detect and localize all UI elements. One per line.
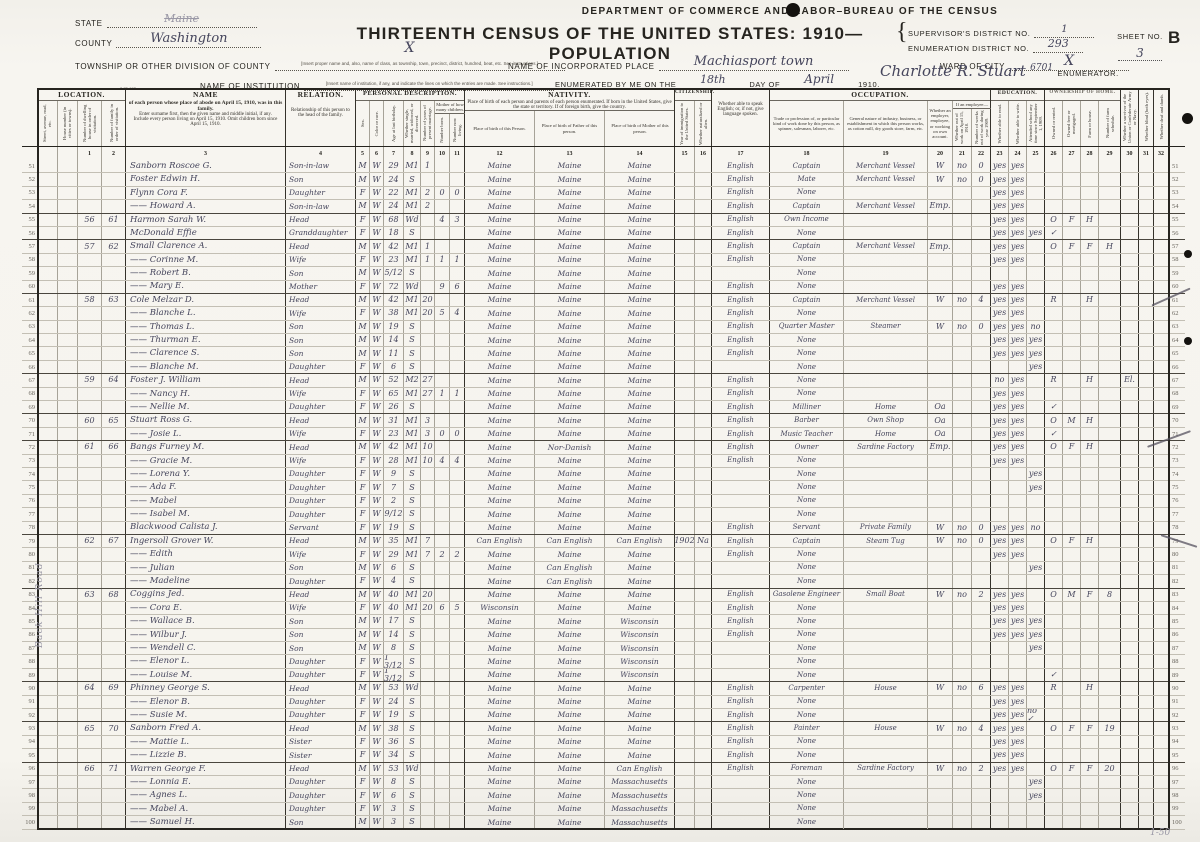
cell-house xyxy=(58,214,78,226)
cell-color: W xyxy=(370,214,384,226)
cell-mortgage xyxy=(1063,655,1081,667)
cell-school xyxy=(1027,160,1045,172)
cell-children-living xyxy=(450,615,465,627)
cell-deaf xyxy=(1154,468,1169,480)
cell-years-married xyxy=(421,736,435,748)
cell-weeks-out: 4 xyxy=(972,294,991,306)
cell-age: 68 xyxy=(384,214,404,226)
cell-out-of-work xyxy=(953,602,972,614)
cell-mortgage xyxy=(1063,548,1081,560)
cell-industry xyxy=(844,361,928,373)
table-row: 74—— Lorena Y.DaughterFW9SMaineMaineMain… xyxy=(22,468,1185,481)
cell-dwelling xyxy=(78,642,102,654)
line-number-left: 76 xyxy=(22,495,38,507)
cell-write: yes xyxy=(1009,240,1027,252)
cell-write xyxy=(1009,508,1027,520)
cell-family xyxy=(102,655,126,667)
cell-children-living xyxy=(450,468,465,480)
cell-children-living: 0 xyxy=(450,187,465,199)
cell-farm-schedule xyxy=(1099,428,1121,440)
cell-pob-father: Can English xyxy=(535,562,605,574)
cell-name: —— Blanche M. xyxy=(126,361,286,373)
cell-school xyxy=(1027,281,1045,293)
cell-color: W xyxy=(370,803,384,815)
cell-english xyxy=(712,481,770,493)
cell-relation: Daughter xyxy=(286,803,356,815)
cell-immigration-year xyxy=(675,441,695,453)
cell-read: no xyxy=(991,374,1009,386)
cell-owned xyxy=(1045,200,1063,212)
cell-blind xyxy=(1139,468,1154,480)
cell-weeks-out xyxy=(972,441,991,453)
cell-immigration-year xyxy=(675,321,695,333)
cell-employer: W xyxy=(928,522,953,534)
cell-pob: Maine xyxy=(465,374,535,386)
cell-out-of-work: no xyxy=(953,522,972,534)
cell-english: English xyxy=(712,682,770,694)
cell-relation: Head xyxy=(286,763,356,775)
cell-weeks-out xyxy=(972,816,991,828)
cell-read: yes xyxy=(991,722,1009,734)
cell-immigration-year xyxy=(675,481,695,493)
cell-name: Sanborn Fred A. xyxy=(126,722,286,734)
col-number: 6 xyxy=(370,147,384,160)
col-number: 19 xyxy=(844,147,928,160)
cell-children-born xyxy=(435,441,450,453)
cell-school: no xyxy=(1027,522,1045,534)
cell-dwelling xyxy=(78,615,102,627)
cell-out-of-work xyxy=(953,401,972,413)
cell-color: W xyxy=(370,307,384,319)
line-number-left: 94 xyxy=(22,736,38,748)
cell-english: English xyxy=(712,294,770,306)
cell-color: W xyxy=(370,361,384,373)
cell-naturalized xyxy=(695,589,712,601)
cell-sex: M xyxy=(356,334,370,346)
table-row: 76—— MabelDaughterFW2SMaineMaineMaineNon… xyxy=(22,495,1185,508)
table-row: 77—— Isabel M.DaughterFW9/12SMaineMaineM… xyxy=(22,508,1185,521)
cell-pob-father: Maine xyxy=(535,347,605,359)
cell-children-living: 0 xyxy=(450,428,465,440)
cell-weeks-out xyxy=(972,267,991,279)
cell-employer xyxy=(928,816,953,828)
cell-children-born xyxy=(435,200,450,212)
cell-employer xyxy=(928,187,953,199)
cell-write: yes xyxy=(1009,388,1027,400)
cell-pob: Maine xyxy=(465,334,535,346)
cell-pob-mother: Maine xyxy=(605,240,675,252)
line-number-left: 100 xyxy=(22,816,38,828)
cell-marital: M1 xyxy=(404,388,421,400)
cell-children-born xyxy=(435,414,450,426)
cell-deaf xyxy=(1154,361,1169,373)
cell-blind xyxy=(1139,548,1154,560)
cell-owned xyxy=(1045,187,1063,199)
cell-children-living xyxy=(450,321,465,333)
cell-name: —— Susie M. xyxy=(126,709,286,721)
cell-naturalized xyxy=(695,629,712,641)
cell-pob-father: Maine xyxy=(535,361,605,373)
cell-owned: ✓ xyxy=(1045,669,1063,681)
cell-farm-schedule xyxy=(1099,535,1121,547)
cell-sex: M xyxy=(356,374,370,386)
table-row: 97—— Lonnia E.DaughterFW8SMaineMaineMass… xyxy=(22,776,1185,789)
line-number-left: 56 xyxy=(22,227,38,239)
cell-marital: M1 xyxy=(404,200,421,212)
cell-house xyxy=(58,401,78,413)
col-farm-house: Farm or house. xyxy=(1087,109,1092,139)
cell-trade: None xyxy=(770,388,844,400)
cell-industry xyxy=(844,281,928,293)
cell-immigration-year xyxy=(675,187,695,199)
cell-industry xyxy=(844,455,928,467)
cell-marital: S xyxy=(404,776,421,788)
cell-pob-father: Maine xyxy=(535,187,605,199)
line-number-left: 63 xyxy=(22,321,38,333)
cell-mortgage: F xyxy=(1063,763,1081,775)
cell-owned xyxy=(1045,615,1063,627)
cell-name: —— Lizzie B. xyxy=(126,749,286,761)
cell-trade: None xyxy=(770,669,844,681)
cell-dwelling xyxy=(78,789,102,801)
cell-pob: Maine xyxy=(465,548,535,560)
cell-owned xyxy=(1045,481,1063,493)
cell-farm-house xyxy=(1081,696,1099,708)
cell-sex: M xyxy=(356,629,370,641)
cell-mortgage xyxy=(1063,200,1081,212)
cell-marital: S xyxy=(404,334,421,346)
cell-color: W xyxy=(370,455,384,467)
cell-age: 23 xyxy=(384,428,404,440)
col-marital: Whether single, married, widowed, or div… xyxy=(404,101,419,146)
cell-pob: Maine xyxy=(465,214,535,226)
cell-children-born xyxy=(435,615,450,627)
cell-deaf xyxy=(1154,173,1169,185)
cell-name: —— Mabel xyxy=(126,495,286,507)
cell-dwelling xyxy=(78,281,102,293)
cell-house xyxy=(58,522,78,534)
cell-blind xyxy=(1139,240,1154,252)
cell-color: W xyxy=(370,347,384,359)
cell-owned xyxy=(1045,347,1063,359)
cell-marital: M1 xyxy=(404,455,421,467)
cell-trade: None xyxy=(770,562,844,574)
cell-owned xyxy=(1045,803,1063,815)
section-education: EDUCATION. Whether able to read. Whether… xyxy=(991,88,1045,146)
cell-pob-father: Maine xyxy=(535,240,605,252)
cell-children-born xyxy=(435,240,450,252)
cell-english: English xyxy=(712,722,770,734)
cell-school: yes xyxy=(1027,468,1045,480)
cell-sex: F xyxy=(356,508,370,520)
cell-school xyxy=(1027,508,1045,520)
cell-naturalized xyxy=(695,816,712,828)
cell-read: yes xyxy=(991,160,1009,172)
cell-relation: Head xyxy=(286,682,356,694)
cell-immigration-year xyxy=(675,763,695,775)
cell-relation: Daughter xyxy=(286,709,356,721)
table-row: 80—— EdithWifeFW29M1722MaineMaineMaineEn… xyxy=(22,548,1185,561)
cell-naturalized xyxy=(695,669,712,681)
cell-name: —— Wallace B. xyxy=(126,615,286,627)
cell-age: 29 xyxy=(384,548,404,560)
cell-war xyxy=(1121,602,1139,614)
cell-write: yes xyxy=(1009,428,1027,440)
cell-relation: Son xyxy=(286,562,356,574)
cell-read xyxy=(991,508,1009,520)
cell-war xyxy=(1121,642,1139,654)
cell-marital: Wd xyxy=(404,214,421,226)
table-row: 936570Sanborn Fred A.HeadMW38SMaineMaine… xyxy=(22,722,1185,735)
cell-write: yes xyxy=(1009,548,1027,560)
cell-color: W xyxy=(370,281,384,293)
cell-dwelling xyxy=(78,187,102,199)
cell-sex: F xyxy=(356,575,370,587)
cell-color: W xyxy=(370,495,384,507)
cell-deaf xyxy=(1154,240,1169,252)
cell-write xyxy=(1009,468,1027,480)
cell-pob-mother: Massachusetts xyxy=(605,803,675,815)
cell-pob: Can English xyxy=(465,535,535,547)
cell-years-married: 1 xyxy=(421,254,435,266)
cell-war xyxy=(1121,575,1139,587)
cell-sex: F xyxy=(356,254,370,266)
cell-children-born xyxy=(435,789,450,801)
cell-war xyxy=(1121,388,1139,400)
cell-industry: Merchant Vessel xyxy=(844,294,928,306)
line-number-left: 89 xyxy=(22,669,38,681)
cell-pob-mother: Maine xyxy=(605,347,675,359)
cell-name: —— Thomas L. xyxy=(126,321,286,333)
cell-family xyxy=(102,575,126,587)
cell-street xyxy=(38,696,58,708)
cell-pob-father: Maine xyxy=(535,522,605,534)
cell-family xyxy=(102,428,126,440)
cell-out-of-work xyxy=(953,307,972,319)
cell-children-born: 1 xyxy=(435,388,450,400)
cell-naturalized xyxy=(695,736,712,748)
line-number-left: 69 xyxy=(22,401,38,413)
cell-years-married: 20 xyxy=(421,294,435,306)
cell-deaf xyxy=(1154,682,1169,694)
cell-employer xyxy=(928,254,953,266)
cell-farm-schedule xyxy=(1099,414,1121,426)
cell-trade: None xyxy=(770,803,844,815)
table-row: 73—— Gracie M.WifeFW28M11044MaineMaineMa… xyxy=(22,455,1185,468)
cell-blind xyxy=(1139,508,1154,520)
cell-read xyxy=(991,803,1009,815)
col-number: 28 xyxy=(1081,147,1099,160)
cell-blind xyxy=(1139,803,1154,815)
cell-farm-house: H xyxy=(1081,414,1099,426)
cell-war xyxy=(1121,535,1139,547)
cell-pob: Maine xyxy=(465,615,535,627)
cell-trade: None xyxy=(770,307,844,319)
cell-children-living xyxy=(450,696,465,708)
cell-sex: F xyxy=(356,361,370,373)
col-number: 18 xyxy=(770,147,844,160)
cell-blind xyxy=(1139,347,1154,359)
cell-blind xyxy=(1139,682,1154,694)
cell-color: W xyxy=(370,602,384,614)
cell-sex: F xyxy=(356,548,370,560)
cell-blind xyxy=(1139,749,1154,761)
cell-war xyxy=(1121,414,1139,426)
cell-english: English xyxy=(712,160,770,172)
cell-pob-mother: Wisconsin xyxy=(605,669,675,681)
cell-age: 42 xyxy=(384,240,404,252)
cell-farm-house: H xyxy=(1081,535,1099,547)
cell-pob-mother: Maine xyxy=(605,682,675,694)
cell-pob: Maine xyxy=(465,709,535,721)
cell-school: yes xyxy=(1027,629,1045,641)
cell-years-married xyxy=(421,214,435,226)
cell-color: W xyxy=(370,481,384,493)
cell-pob-mother: Wisconsin xyxy=(605,615,675,627)
cell-pob-father: Maine xyxy=(535,267,605,279)
census-table: LOCATION. Street, avenue, road, etc. Hou… xyxy=(22,88,1185,830)
cell-farm-schedule xyxy=(1099,776,1121,788)
line-number-right: 73 xyxy=(1169,455,1185,467)
cell-marital: S xyxy=(404,749,421,761)
cell-pob: Maine xyxy=(465,414,535,426)
scan-artifact-dot xyxy=(1184,337,1192,345)
cell-family: 67 xyxy=(102,535,126,547)
cell-naturalized xyxy=(695,187,712,199)
cell-pob-mother: Maine xyxy=(605,254,675,266)
enumerator-name: Charlotte R. Stuart xyxy=(880,62,1026,80)
cell-farm-house xyxy=(1081,173,1099,185)
cell-read: yes xyxy=(991,455,1009,467)
cell-name: Flynn Cora F. xyxy=(126,187,286,199)
cell-house xyxy=(58,173,78,185)
cell-street xyxy=(38,468,58,480)
table-row: 71—— Josie L.WifeFW23M1300MaineMaineMain… xyxy=(22,428,1185,441)
cell-trade: None xyxy=(770,776,844,788)
cell-blind xyxy=(1139,374,1154,386)
col-number: 15 xyxy=(675,147,695,160)
cell-relation: Sister xyxy=(286,736,356,748)
cell-write: yes xyxy=(1009,200,1027,212)
cell-employer xyxy=(928,361,953,373)
cell-years-married: 20 xyxy=(421,307,435,319)
cell-street xyxy=(38,709,58,721)
cell-pob-mother: Massachusetts xyxy=(605,816,675,828)
cell-pob: Maine xyxy=(465,401,535,413)
cell-school xyxy=(1027,589,1045,601)
cell-employer xyxy=(928,227,953,239)
cell-children-living xyxy=(450,655,465,667)
col-naturalized: Whether naturalized or alien. xyxy=(698,101,708,146)
table-row: 66—— Blanche M.DaughterFW6SMaineMaineMai… xyxy=(22,361,1185,374)
cell-color: W xyxy=(370,749,384,761)
cell-write xyxy=(1009,655,1027,667)
cell-pob-mother: Can English xyxy=(605,535,675,547)
line-number-right: 58 xyxy=(1169,254,1185,266)
cell-family: 63 xyxy=(102,294,126,306)
cell-immigration-year xyxy=(675,388,695,400)
cell-naturalized xyxy=(695,227,712,239)
cell-owned xyxy=(1045,789,1063,801)
cell-english: English xyxy=(712,589,770,601)
line-number-right: 80 xyxy=(1169,548,1185,560)
cell-war xyxy=(1121,214,1139,226)
cell-street xyxy=(38,388,58,400)
cell-years-married xyxy=(421,789,435,801)
cell-owned xyxy=(1045,307,1063,319)
cell-street xyxy=(38,173,58,185)
cell-street xyxy=(38,414,58,426)
cell-naturalized xyxy=(695,254,712,266)
cell-farm-house xyxy=(1081,334,1099,346)
cell-house xyxy=(58,361,78,373)
cell-english: English xyxy=(712,749,770,761)
cell-pob: Maine xyxy=(465,749,535,761)
cell-owned xyxy=(1045,642,1063,654)
cell-years-married: 7 xyxy=(421,535,435,547)
cell-years-married xyxy=(421,227,435,239)
cell-children-born: 4 xyxy=(435,214,450,226)
cell-pob: Maine xyxy=(465,789,535,801)
cell-industry xyxy=(844,254,928,266)
table-row: 85—— Wallace B.SonMW17SMaineMaineWiscons… xyxy=(22,615,1185,628)
cell-street xyxy=(38,508,58,520)
cell-children-born xyxy=(435,669,450,681)
cell-house xyxy=(58,428,78,440)
cell-immigration-year xyxy=(675,495,695,507)
cell-employer xyxy=(928,548,953,560)
cell-farm-schedule xyxy=(1099,281,1121,293)
cell-family xyxy=(102,254,126,266)
cell-immigration-year xyxy=(675,160,695,172)
cell-read: yes xyxy=(991,535,1009,547)
cell-color: W xyxy=(370,160,384,172)
cell-pob-mother: Maine xyxy=(605,187,675,199)
cell-age: 42 xyxy=(384,294,404,306)
cell-naturalized xyxy=(695,455,712,467)
cell-school xyxy=(1027,575,1045,587)
cell-pob-father: Maine xyxy=(535,428,605,440)
cell-years-married: 3 xyxy=(421,428,435,440)
cell-blind xyxy=(1139,522,1154,534)
line-number-left: 60 xyxy=(22,281,38,293)
cell-pob-father: Maine xyxy=(535,642,605,654)
cell-sex: M xyxy=(356,414,370,426)
cell-deaf xyxy=(1154,749,1169,761)
cell-blind xyxy=(1139,736,1154,748)
cell-children-living xyxy=(450,227,465,239)
cell-pob-mother: Wisconsin xyxy=(605,655,675,667)
cell-pob: Maine xyxy=(465,816,535,828)
cell-name: Cole Melzar D. xyxy=(126,294,286,306)
cell-deaf xyxy=(1154,776,1169,788)
table-row: 615863Cole Melzar D.HeadMW42M120MaineMai… xyxy=(22,294,1185,307)
cell-immigration-year xyxy=(675,776,695,788)
cell-deaf xyxy=(1154,495,1169,507)
cell-owned xyxy=(1045,281,1063,293)
cell-children-born xyxy=(435,401,450,413)
cell-sex: F xyxy=(356,749,370,761)
cell-street xyxy=(38,200,58,212)
cell-immigration-year xyxy=(675,749,695,761)
cell-write: yes xyxy=(1009,334,1027,346)
line-number-right: 94 xyxy=(1169,736,1185,748)
cell-english: English xyxy=(712,709,770,721)
cell-owned: ✓ xyxy=(1045,401,1063,413)
cell-english: English xyxy=(712,321,770,333)
cell-naturalized xyxy=(695,682,712,694)
cell-farm-schedule xyxy=(1099,254,1121,266)
